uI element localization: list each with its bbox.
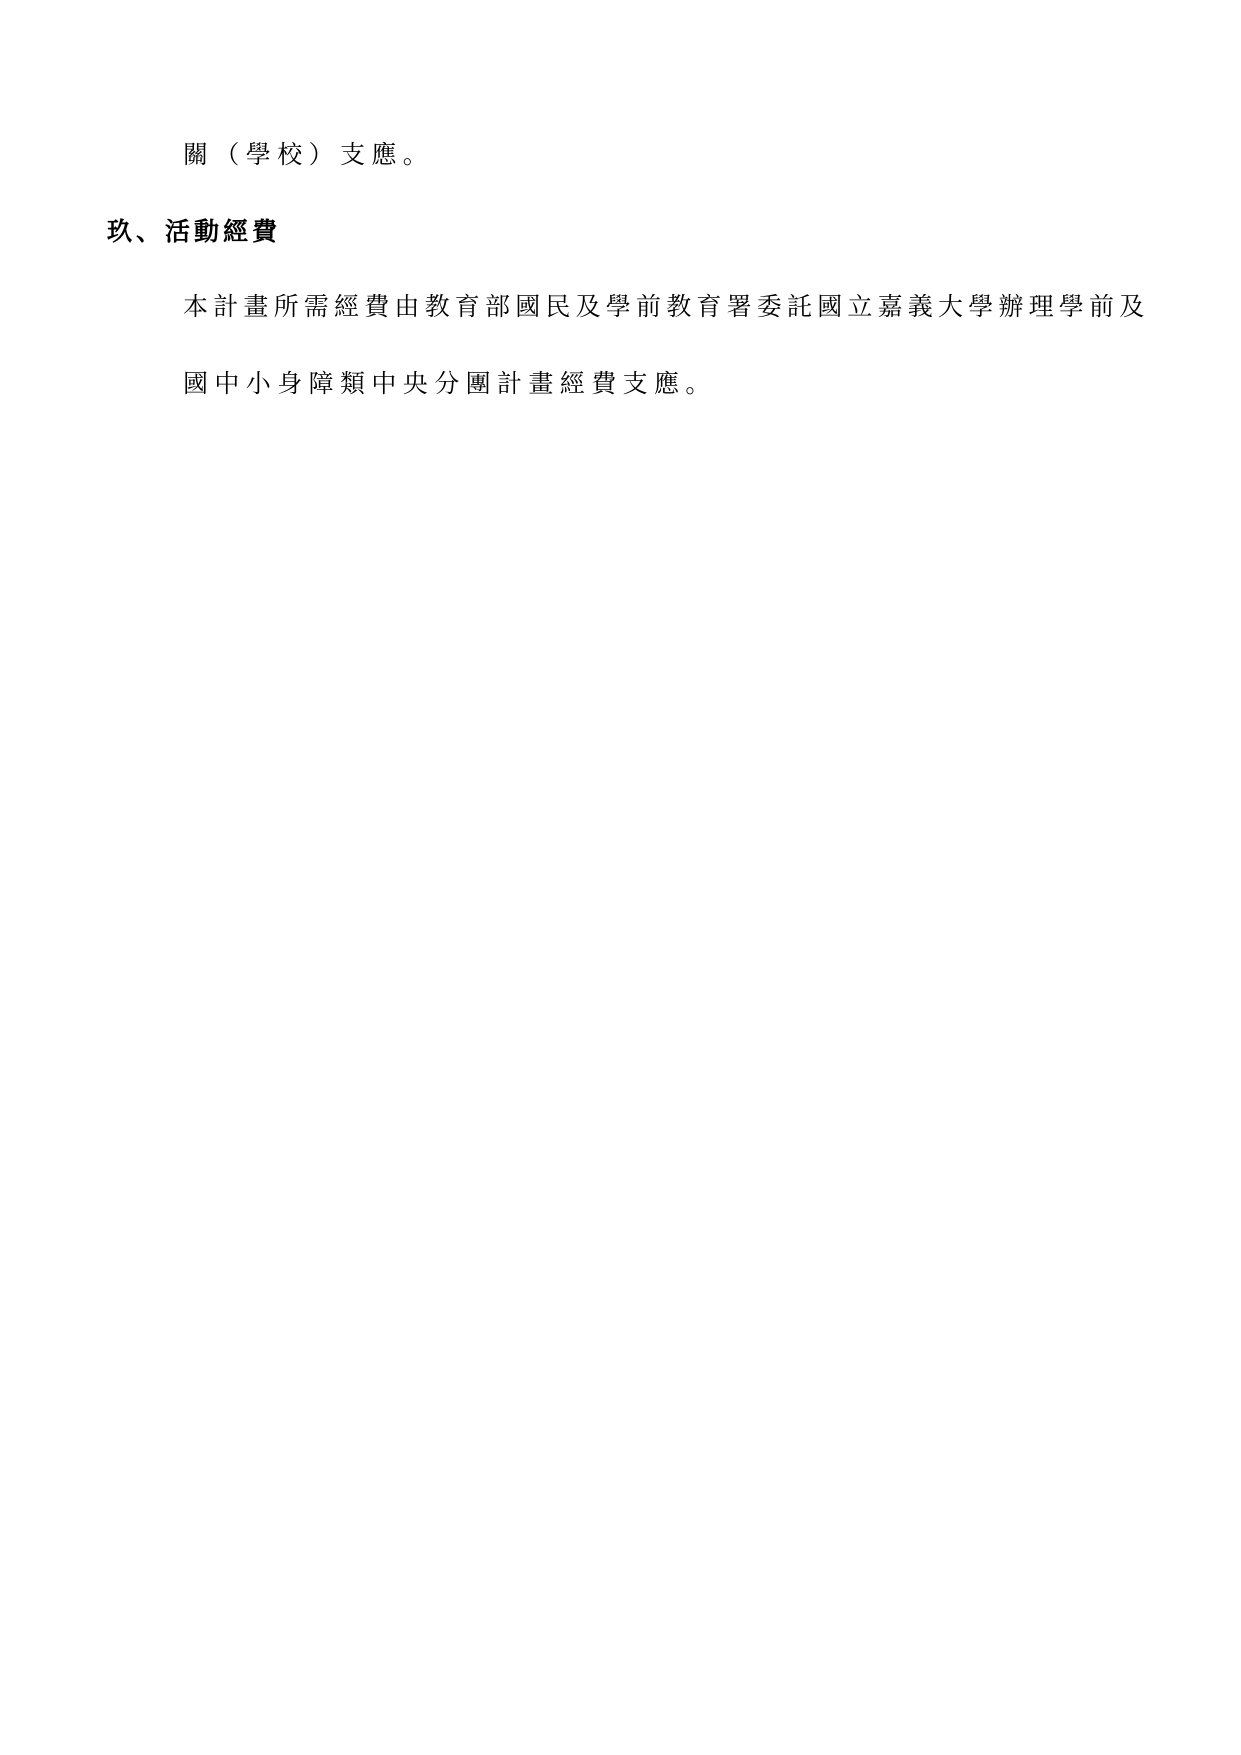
paragraph-line-1: 本計畫所需經費由教育部國民及學前教育署委託國立嘉義大學辦理學前及 <box>183 290 1149 324</box>
paragraph-line-2: 國中小身障類中央分團計畫經費支應。 <box>183 367 717 401</box>
document-page: 關（學校）支應。 玖、活動經費 本計畫所需經費由教育部國民及學前教育署委託國立嘉… <box>0 0 1241 1755</box>
continuation-text-line: 關（學校）支應。 <box>183 138 434 172</box>
section-heading: 玖、活動經費 <box>107 215 281 249</box>
